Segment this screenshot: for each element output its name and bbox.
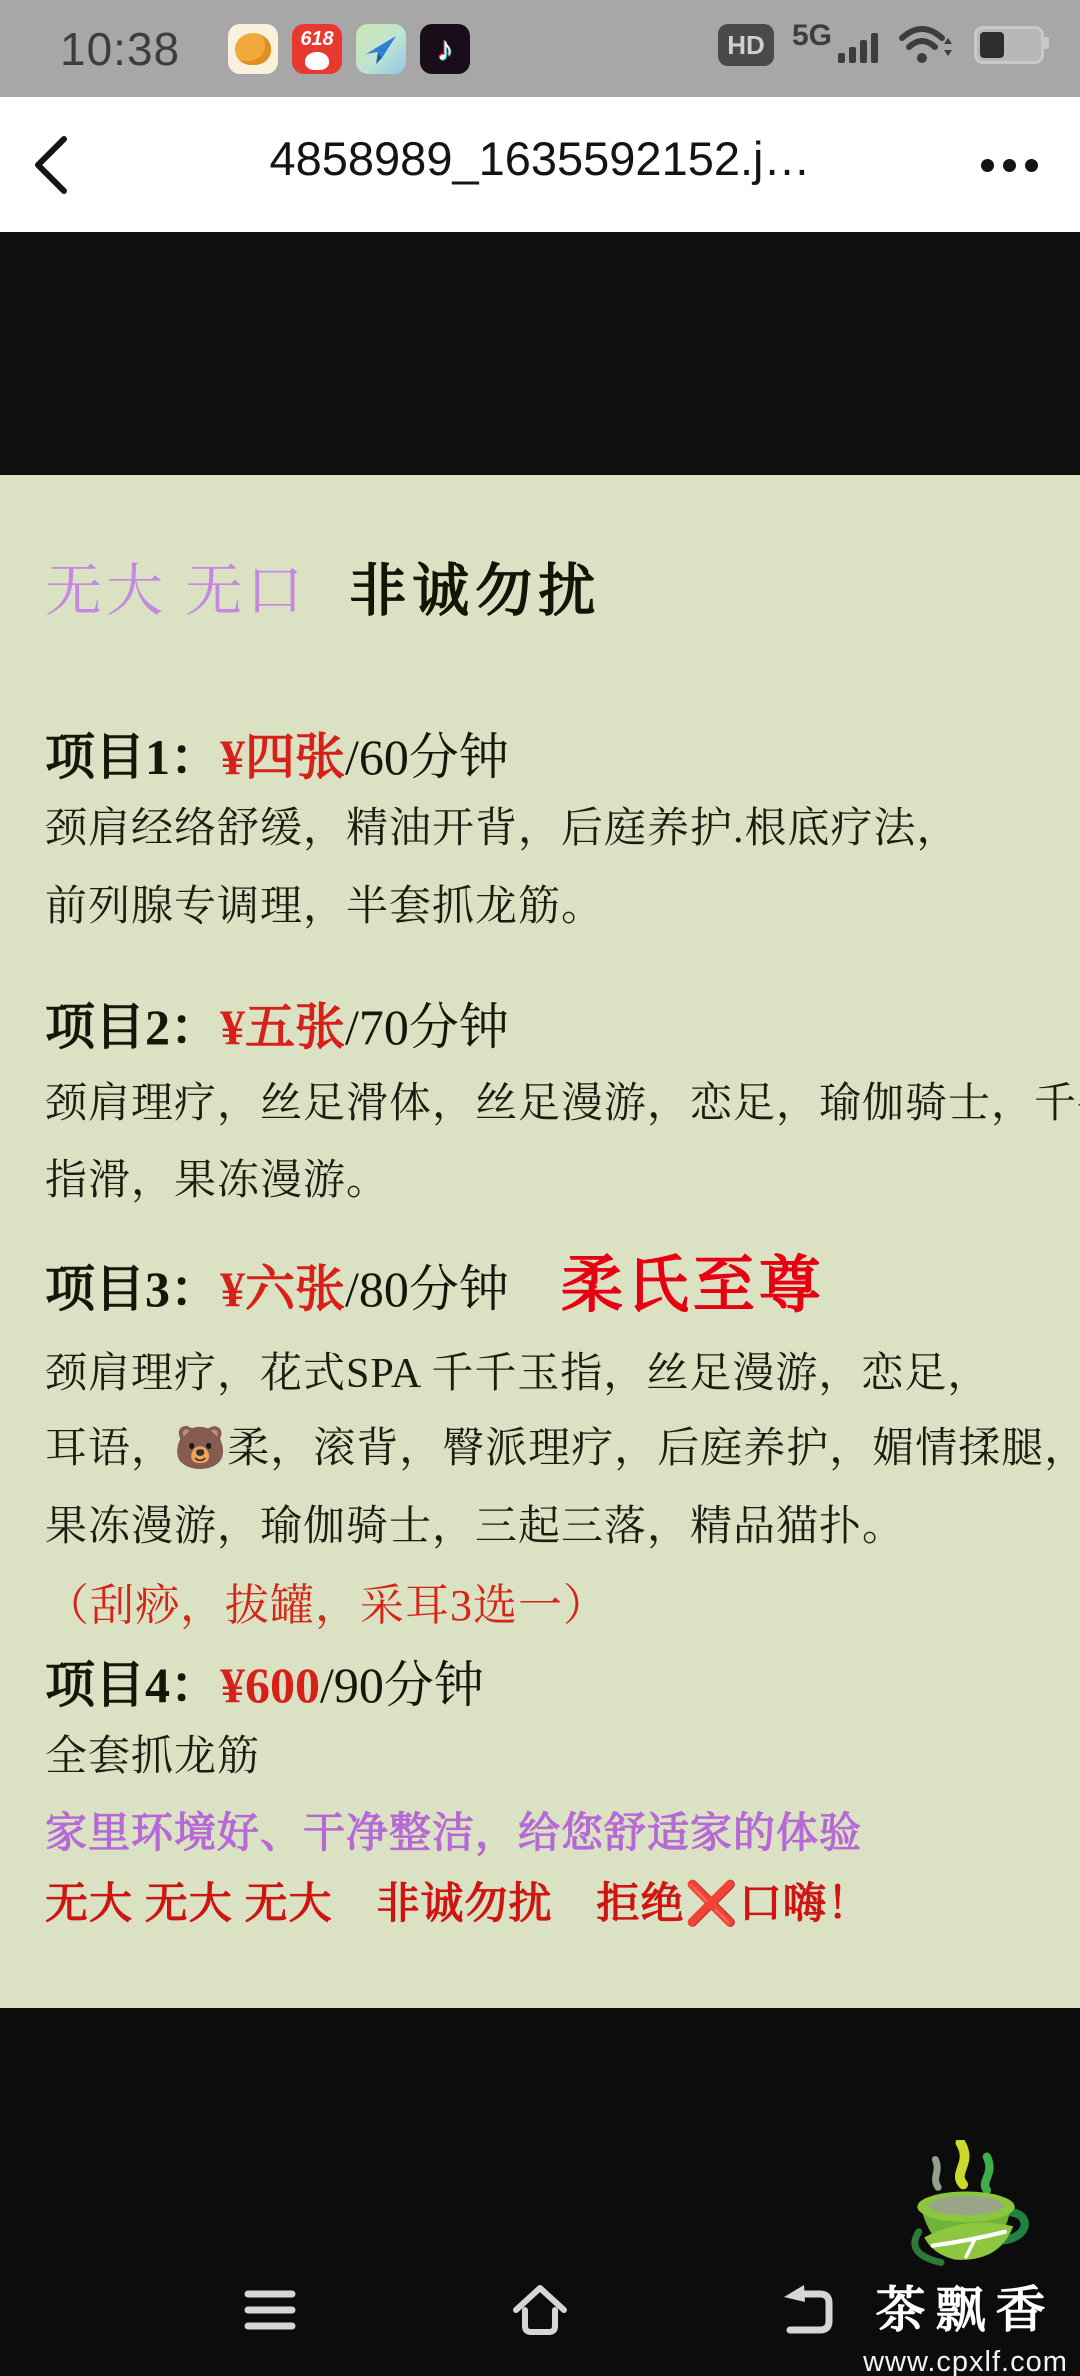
item2-price: ¥五张 <box>220 999 345 1055</box>
hd-icon: HD <box>718 24 774 66</box>
item4-title: 项目4：¥600/90分钟 <box>45 1645 484 1717</box>
item3-desc-line1: 颈肩理疗，花式SPA 千千玉指，丝足漫游，恋足， <box>45 1340 990 1400</box>
item3-price: ¥六张 <box>220 1261 345 1317</box>
item3-tag: 柔氏至尊 <box>561 1251 825 1320</box>
nav-back-button[interactable] <box>778 2278 842 2342</box>
item1-title: 项目1：¥四张/60分钟 <box>45 717 509 789</box>
title-bar: 4858989_1635592152.j… <box>0 97 1080 232</box>
item3-note: （刮痧，拔罐，采耳3选一） <box>45 1569 608 1633</box>
page-title: 4858989_1635592152.j… <box>140 131 940 186</box>
watermark-url: www.cpxlf.com <box>858 2346 1073 2376</box>
nav-home-button[interactable] <box>508 2278 572 2342</box>
item3-desc-line2: 耳语，🐻柔，滚背，臀派理疗，后庭养护，媚情揉腿， <box>45 1415 1080 1475</box>
clock-text: 10:38 <box>60 22 180 76</box>
nav-menu-button[interactable] <box>238 2278 302 2342</box>
tea-cup-logo-icon <box>881 2140 1051 2268</box>
item2-desc-line2: 指滑，果冻漫游。 <box>45 1147 389 1207</box>
paper-plane-app-icon <box>356 24 406 74</box>
item4-desc-line1: 全套抓龙筋 <box>45 1723 260 1783</box>
item2-desc-line1: 颈肩理疗，丝足滑体，丝足漫游，恋足，瑜伽骑士，千手 <box>45 1070 1080 1130</box>
watermark: 茶飘香 www.cpxlf.com <box>858 2140 1073 2376</box>
poster-image[interactable]: 无大 无口非诚勿扰 项目1：¥四张/60分钟 颈肩经络舒缓，精油开背，后庭养护.… <box>0 475 1080 2008</box>
game-app-icon <box>228 24 278 74</box>
back-button[interactable] <box>28 133 72 197</box>
item3-desc-line3: 果冻漫游，瑜伽骑士，三起三落，精品猫扑。 <box>45 1493 905 1553</box>
letterbox-top <box>0 232 1080 475</box>
status-bar: 10:38 618 ♪ HD 5G <box>0 0 1080 97</box>
more-options-button[interactable] <box>981 159 1038 172</box>
wifi-icon <box>898 22 956 68</box>
heading-black-text: 非诚勿扰 <box>349 560 601 623</box>
item1-desc-line2: 前列腺专调理，半套抓龙筋。 <box>45 873 604 933</box>
notification-app-icons: 618 ♪ <box>228 24 470 74</box>
item1-price: ¥四张 <box>220 729 345 785</box>
poster-footer-purple: 家里环境好、干净整洁，给您舒适家的体验 <box>45 1800 862 1860</box>
jd-618-app-icon: 618 <box>292 24 342 74</box>
signal-bars-icon <box>836 25 880 65</box>
watermark-brand: 茶飘香 <box>858 2270 1073 2342</box>
item2-title: 项目2：¥五张/70分钟 <box>45 987 509 1059</box>
poster-heading: 无大 无口非诚勿扰 <box>45 545 601 627</box>
item1-desc-line1: 颈肩经络舒缓，精油开背，后庭养护.根底疗法， <box>45 795 960 855</box>
battery-icon <box>974 26 1044 64</box>
tiktok-app-icon: ♪ <box>420 24 470 74</box>
item4-price: ¥600 <box>220 1657 320 1713</box>
item3-title: 项目3：¥六张/80分钟柔氏至尊 <box>45 1235 825 1324</box>
poster-footer-red: 无大 无大 无大 非诚勿扰 拒绝❌口嗨！ <box>45 1870 871 1931</box>
heading-purple-text: 无大 无口 <box>45 560 307 623</box>
signal-5g-icon: 5G <box>792 25 880 65</box>
